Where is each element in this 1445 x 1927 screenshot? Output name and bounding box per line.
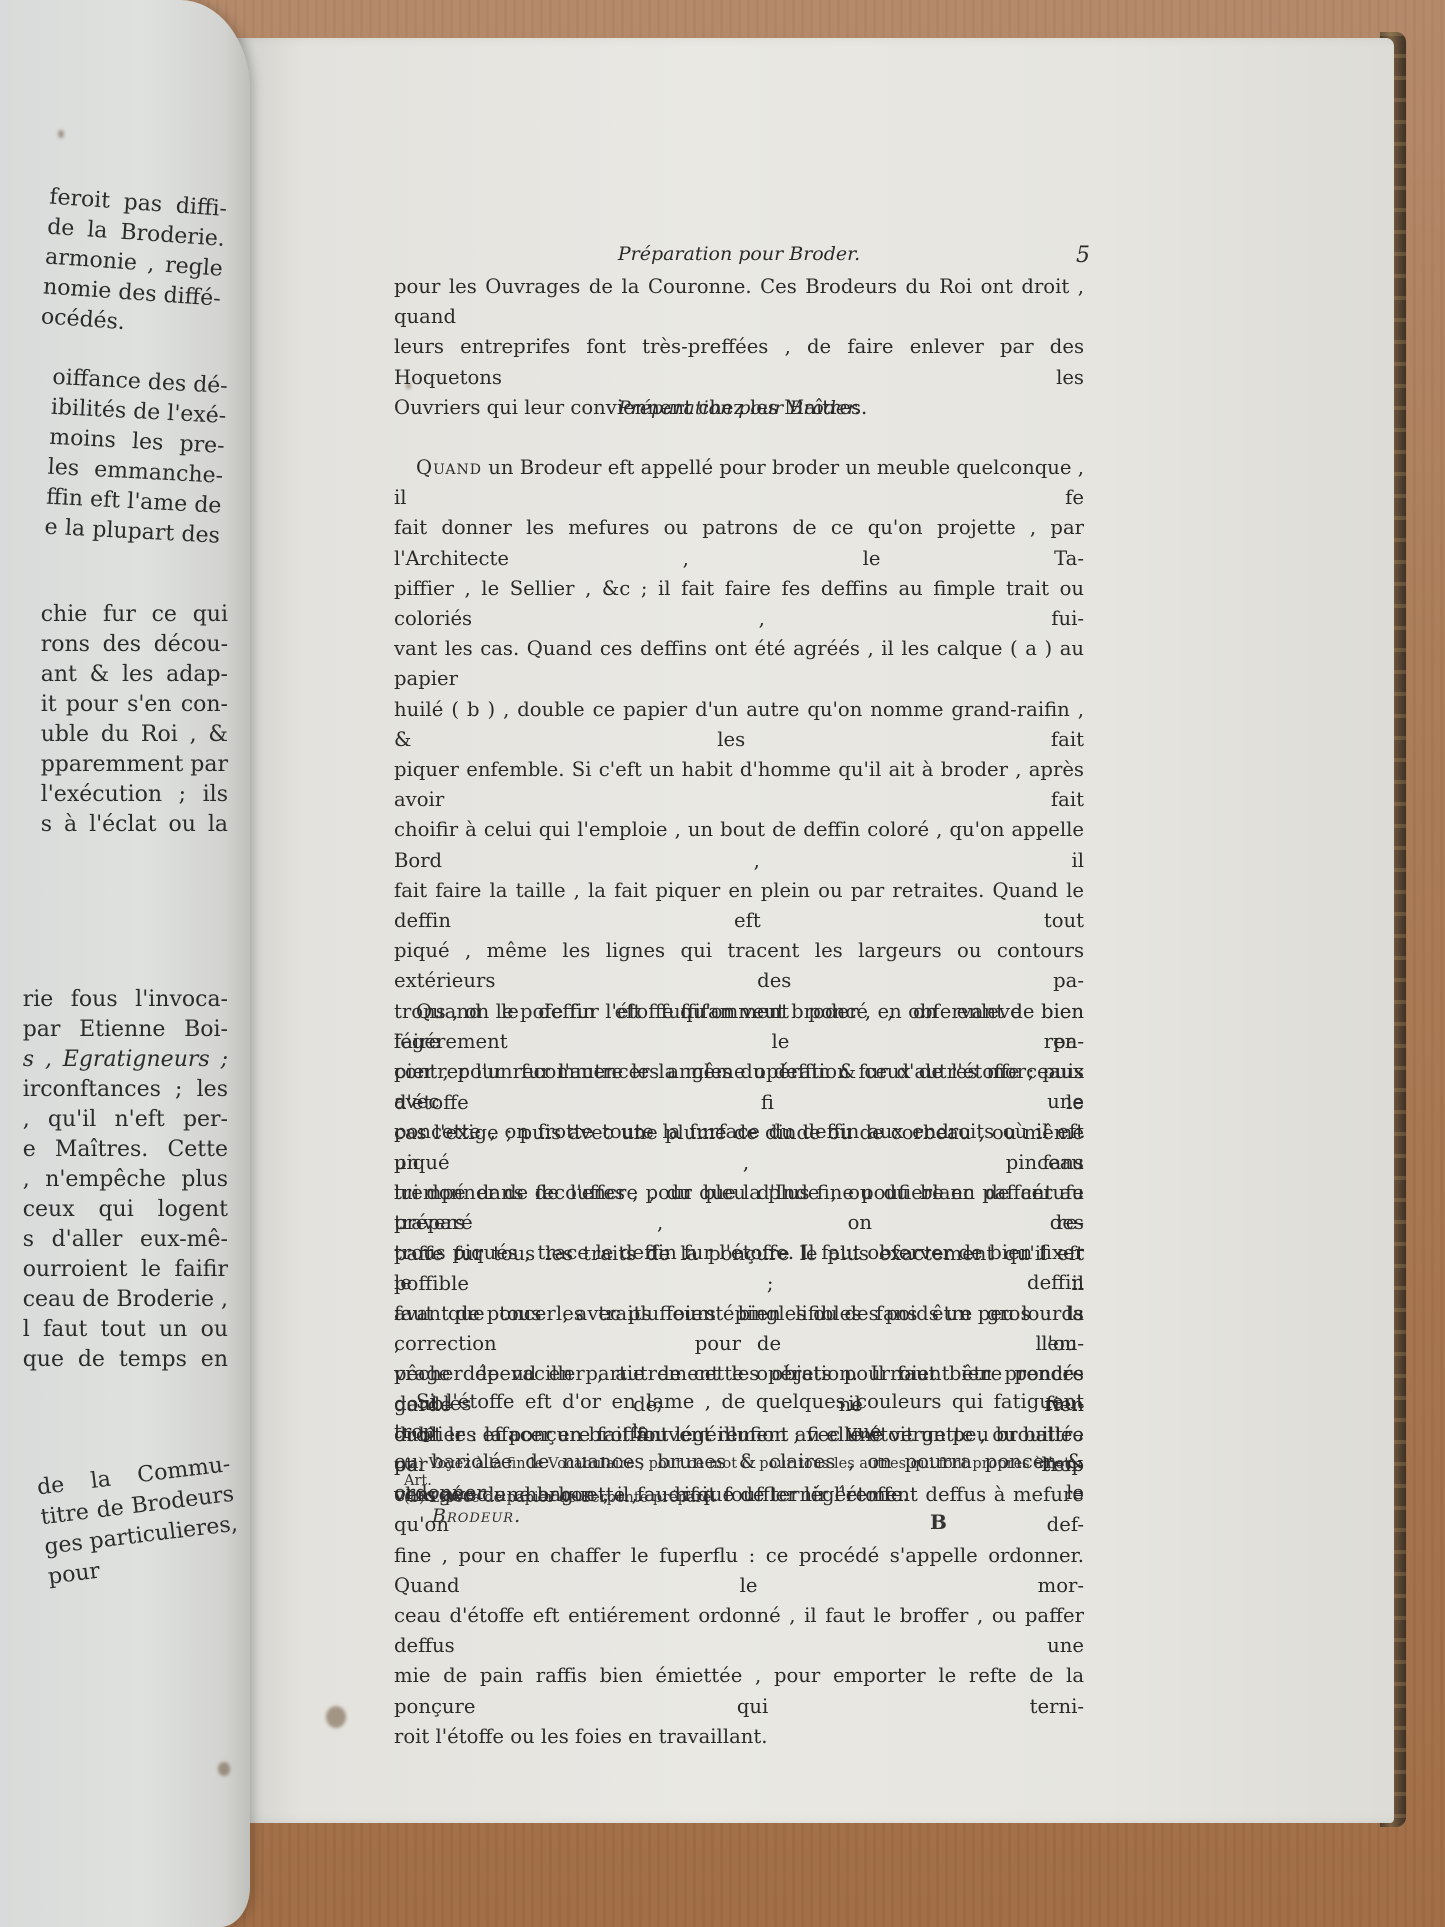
left-text-group-3: chie fur ce qui rons des décou- ant & le… — [41, 600, 228, 840]
paragraph-1-first-line: Quand un Brodeur eft appellé pour broder… — [394, 453, 1084, 513]
left-page: feroit pas diffi- de la Broderie. armoni… — [0, 0, 250, 1927]
running-head: Préparation pour Broder. — [394, 243, 1084, 265]
left-text-group-4: rie fous l'invoca- par Etienne Boi- s , … — [23, 985, 228, 1375]
ink-spot — [58, 130, 64, 138]
stain-mark — [218, 1762, 230, 1776]
section-title: Préparation pour Broder. — [394, 397, 1084, 419]
paragraph-2: Quand le deffin eft fuffifamment poncé ,… — [394, 997, 1084, 1752]
stain-mark — [326, 1706, 346, 1728]
left-text-group-5: de la Commu- titre de Brodeurs ges parti… — [35, 1450, 243, 1593]
footnotes: (a) Voyez à la fin le Vocabulaire , pour… — [404, 1456, 1084, 1507]
page-number: 5 — [1076, 243, 1090, 268]
signature-word: Brodeur. — [432, 1505, 521, 1527]
dropcap-word: Quand — [416, 456, 482, 479]
left-text-group-1: feroit pas diffi- de la Broderie. armoni… — [40, 183, 228, 345]
left-text-group-2: oiffance des dé- ibilités de l'exé- moin… — [43, 363, 228, 552]
footnote-a: (a) Voyez à la fin le Vocabulaire , pour… — [404, 1456, 1084, 1490]
signature-mark: B — [930, 1510, 947, 1534]
